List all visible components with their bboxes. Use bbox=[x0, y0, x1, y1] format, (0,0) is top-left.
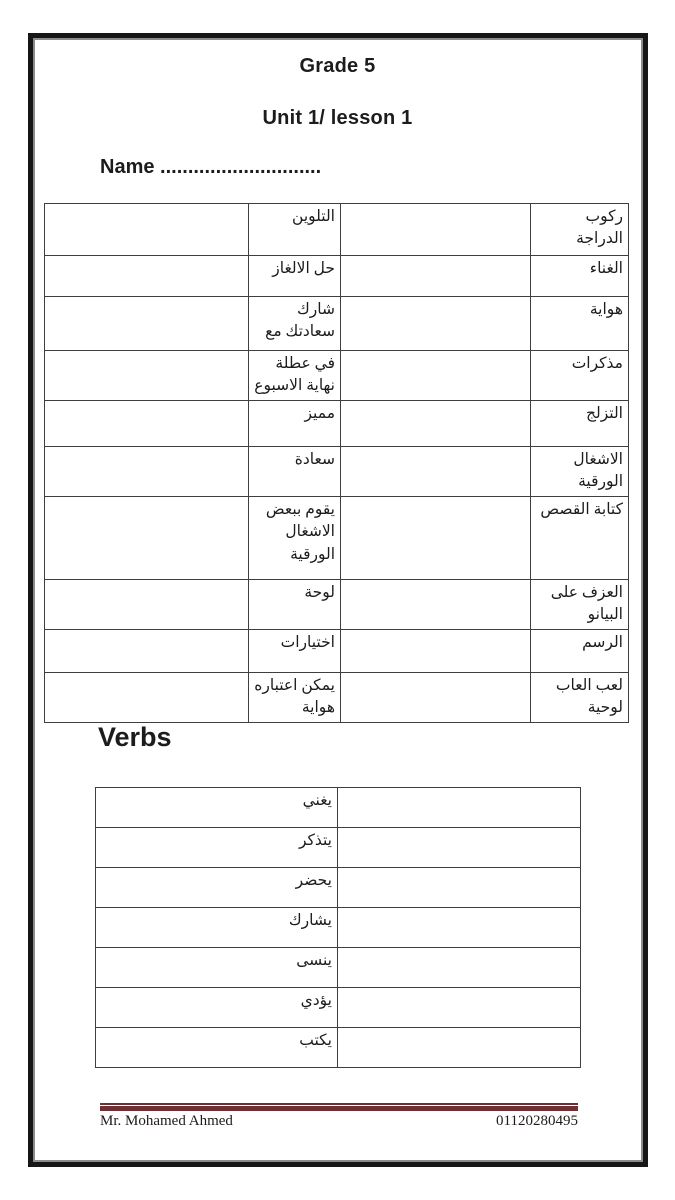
english-answer-cell bbox=[341, 351, 531, 401]
table-row: في عطلة نهاية الاسبوع مذكرات bbox=[45, 351, 629, 401]
english-answer-cell bbox=[338, 948, 581, 988]
arabic-verb-cell: ينسى bbox=[96, 948, 338, 988]
arabic-verb-cell: يغني bbox=[96, 788, 338, 828]
table-row: حل الالغاز الغناء bbox=[45, 256, 629, 297]
arabic-word-cell: العزف على البيانو bbox=[531, 579, 629, 629]
teacher-name: Mr. Mohamed Ahmed bbox=[100, 1113, 233, 1130]
page-footer: Mr. Mohamed Ahmed 01120280495 bbox=[100, 1103, 578, 1130]
footer-rule bbox=[100, 1103, 578, 1111]
table-row: لوحة العزف على البيانو bbox=[45, 579, 629, 629]
english-answer-cell bbox=[338, 988, 581, 1028]
arabic-verb-cell: يشارك bbox=[96, 908, 338, 948]
english-answer-cell bbox=[341, 400, 531, 446]
arabic-word-cell: شارك سعادتك مع bbox=[249, 297, 341, 351]
arabic-word-cell: هواية bbox=[531, 297, 629, 351]
table-row: يقوم ببعض الاشغال الورقية كتابة القصص bbox=[45, 496, 629, 579]
arabic-word-cell: التلوين bbox=[249, 204, 341, 256]
arabic-verb-cell: يتذكر bbox=[96, 828, 338, 868]
english-answer-cell bbox=[341, 672, 531, 722]
english-answer-cell bbox=[341, 446, 531, 496]
verbs-heading: Verbs bbox=[98, 722, 172, 753]
phone-number: 01120280495 bbox=[496, 1113, 578, 1130]
english-answer-cell bbox=[45, 446, 249, 496]
table-row: شارك سعادتك مع هواية bbox=[45, 297, 629, 351]
english-answer-cell bbox=[341, 204, 531, 256]
english-answer-cell bbox=[45, 204, 249, 256]
arabic-word-cell: ركوب الدراجة bbox=[531, 204, 629, 256]
english-answer-cell bbox=[338, 908, 581, 948]
arabic-word-cell: مذكرات bbox=[531, 351, 629, 401]
english-answer-cell bbox=[341, 629, 531, 672]
table-row: التلوين ركوب الدراجة bbox=[45, 204, 629, 256]
arabic-word-cell: سعادة bbox=[249, 446, 341, 496]
table-row: يكتب bbox=[96, 1028, 581, 1068]
english-answer-cell bbox=[45, 672, 249, 722]
name-label: Name ............................. bbox=[100, 156, 321, 179]
english-answer-cell bbox=[45, 400, 249, 446]
arabic-word-cell: اختيارات bbox=[249, 629, 341, 672]
arabic-word-cell: الرسم bbox=[531, 629, 629, 672]
arabic-word-cell: كتابة القصص bbox=[531, 496, 629, 579]
table-row: اختيارات الرسم bbox=[45, 629, 629, 672]
arabic-word-cell: مميز bbox=[249, 400, 341, 446]
arabic-word-cell: الاشغال الورقية bbox=[531, 446, 629, 496]
arabic-word-cell: الغناء bbox=[531, 256, 629, 297]
english-answer-cell bbox=[338, 828, 581, 868]
arabic-verb-cell: يكتب bbox=[96, 1028, 338, 1068]
arabic-word-cell: التزلج bbox=[531, 400, 629, 446]
english-answer-cell bbox=[45, 496, 249, 579]
table-row: ينسى bbox=[96, 948, 581, 988]
verbs-table: يغني يتذكر يحضر يشارك ينسى يؤدي bbox=[95, 787, 581, 1068]
arabic-verb-cell: يحضر bbox=[96, 868, 338, 908]
english-answer-cell bbox=[45, 579, 249, 629]
english-answer-cell bbox=[338, 868, 581, 908]
english-answer-cell bbox=[341, 496, 531, 579]
english-answer-cell bbox=[338, 1028, 581, 1068]
unit-lesson-title: Unit 1/ lesson 1 bbox=[0, 107, 675, 130]
worksheet-page: Grade 5 Unit 1/ lesson 1 Name ..........… bbox=[0, 0, 675, 1200]
table-row: يتذكر bbox=[96, 828, 581, 868]
vocabulary-table: التلوين ركوب الدراجة حل الالغاز الغناء ش… bbox=[44, 203, 629, 723]
table-row: يشارك bbox=[96, 908, 581, 948]
english-answer-cell bbox=[45, 256, 249, 297]
table-row: مميز التزلج bbox=[45, 400, 629, 446]
arabic-word-cell: لوحة bbox=[249, 579, 341, 629]
english-answer-cell bbox=[341, 297, 531, 351]
table-row: يحضر bbox=[96, 868, 581, 908]
english-answer-cell bbox=[338, 788, 581, 828]
arabic-word-cell: حل الالغاز bbox=[249, 256, 341, 297]
grade-title: Grade 5 bbox=[0, 55, 675, 78]
english-answer-cell bbox=[341, 256, 531, 297]
table-row: يؤدي bbox=[96, 988, 581, 1028]
arabic-word-cell: يقوم ببعض الاشغال الورقية bbox=[249, 496, 341, 579]
english-answer-cell bbox=[45, 297, 249, 351]
table-row: سعادة الاشغال الورقية bbox=[45, 446, 629, 496]
arabic-verb-cell: يؤدي bbox=[96, 988, 338, 1028]
english-answer-cell bbox=[45, 629, 249, 672]
table-row: يمكن اعتباره هواية لعب العاب لوحية bbox=[45, 672, 629, 722]
english-answer-cell bbox=[45, 351, 249, 401]
arabic-word-cell: في عطلة نهاية الاسبوع bbox=[249, 351, 341, 401]
arabic-word-cell: يمكن اعتباره هواية bbox=[249, 672, 341, 722]
table-row: يغني bbox=[96, 788, 581, 828]
english-answer-cell bbox=[341, 579, 531, 629]
arabic-word-cell: لعب العاب لوحية bbox=[531, 672, 629, 722]
